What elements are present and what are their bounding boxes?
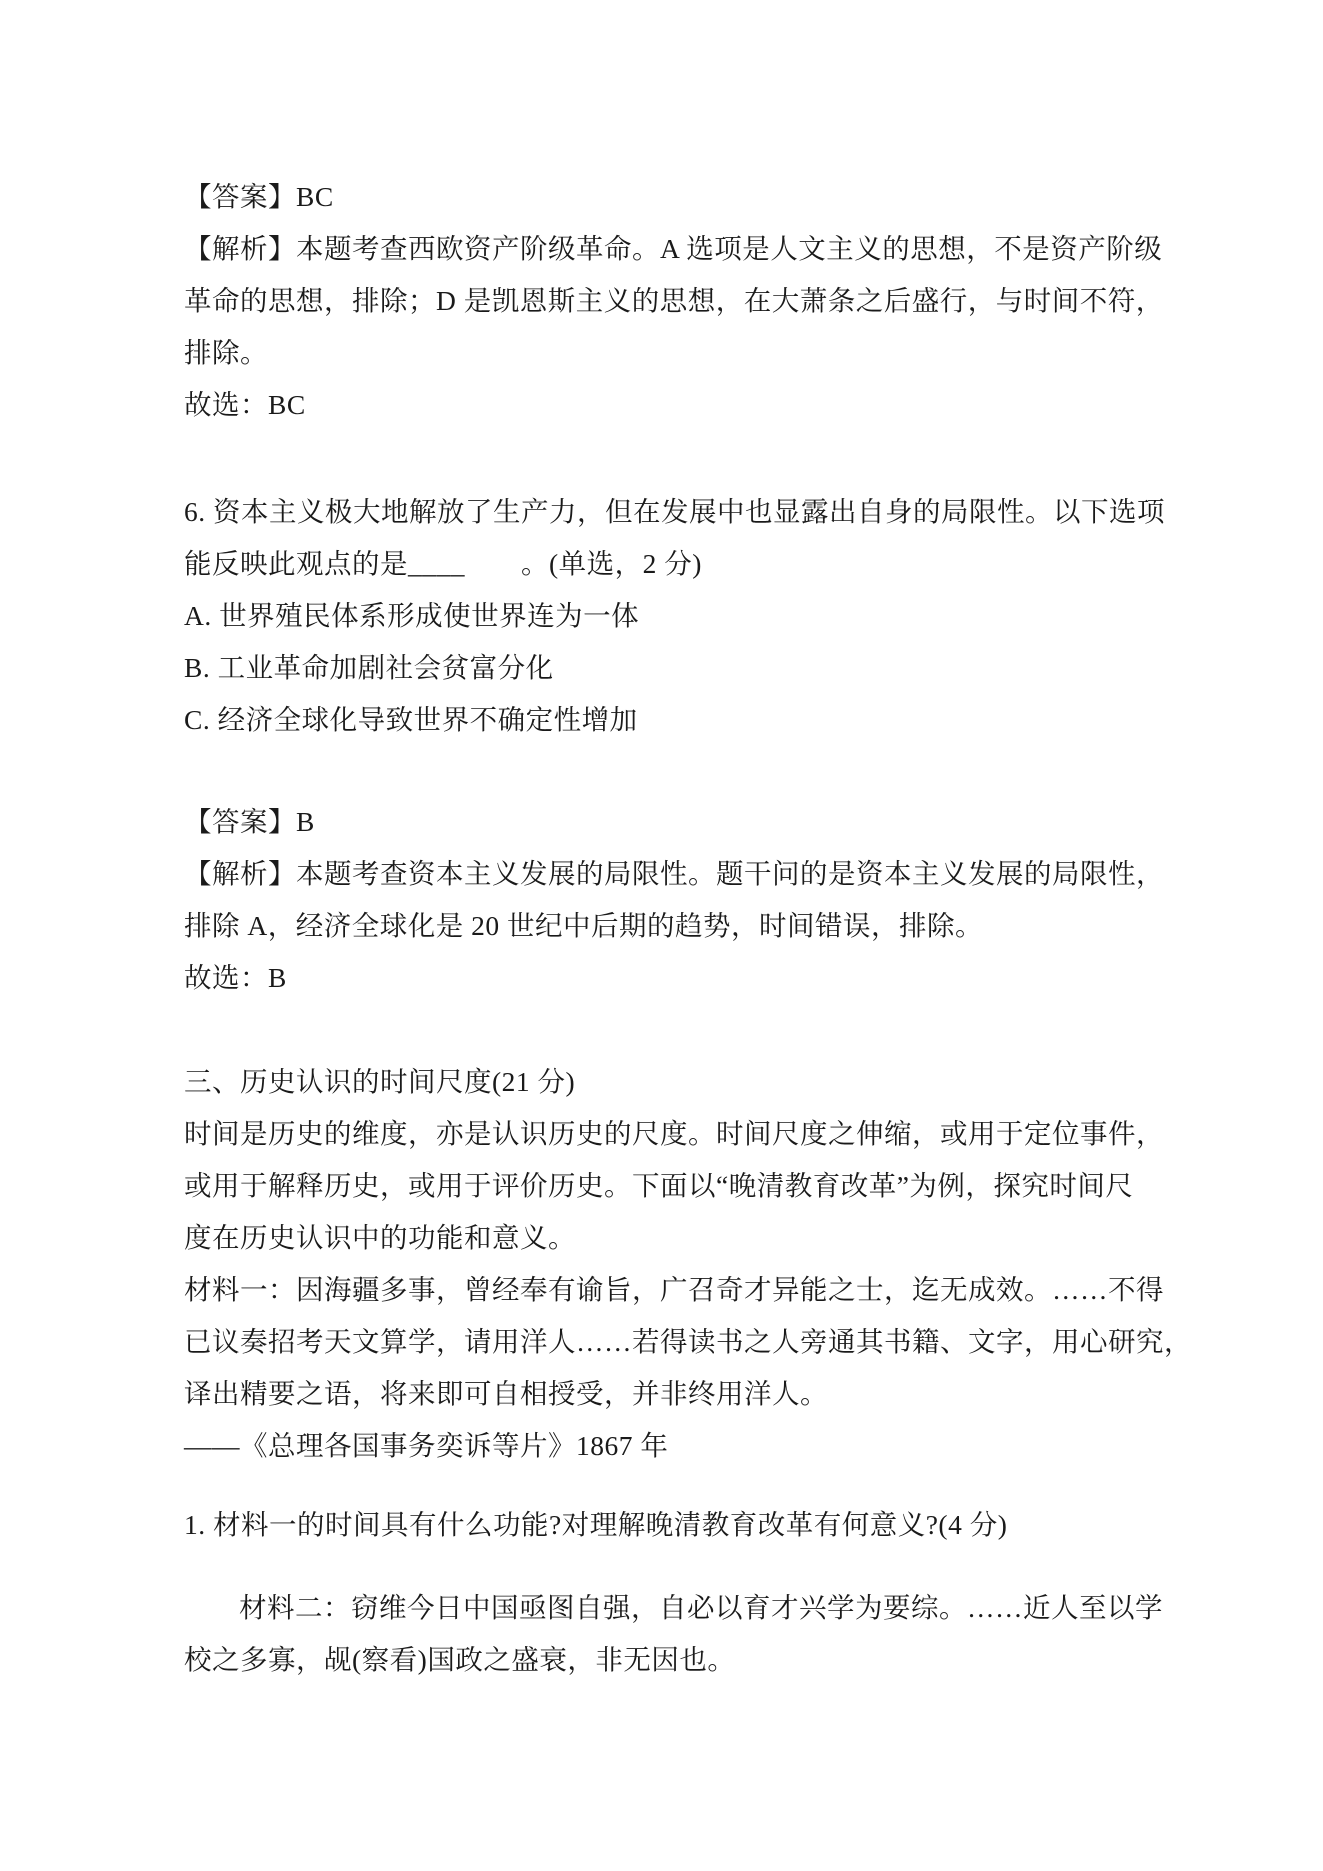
material1-line-1: 材料一：因海疆多事，曾经奉有谕旨，广召奇才异能之士，迄无成效。……不得 (184, 1264, 1159, 1316)
section3-question1: 1. 材料一的时间具有什么功能?对理解晚清教育改革有何意义?(4 分) (184, 1499, 1159, 1551)
q5-conclusion-line: 故选：BC (184, 379, 1159, 431)
document-text-content: 【答案】BC 【解析】本题考查西欧资产阶级革命。A 选项是人文主义的思想，不是资… (184, 171, 1159, 1686)
material1-line-3: 译出精要之语，将来即可自相授受，并非终用洋人。 (184, 1368, 1159, 1420)
q6-analysis-line-1: 【解析】本题考查资本主义发展的局限性。题干问的是资本主义发展的局限性， (184, 848, 1159, 900)
exam-document-page: 【答案】BC 【解析】本题考查西欧资产阶级革命。A 选项是人文主义的思想，不是资… (0, 0, 1323, 1871)
q6-option-a: A. 世界殖民体系形成使世界连为一体 (184, 590, 1159, 642)
q6-option-b: B. 工业革命加剧社会贫富分化 (184, 642, 1159, 694)
q5-answer-line: 【答案】BC (184, 171, 1159, 223)
q6-answer-line: 【答案】B (184, 796, 1159, 848)
q5-analysis-line-2: 革命的思想，排除；D 是凯恩斯主义的思想，在大萧条之后盛行，与时间不符， (184, 275, 1159, 327)
material1-line-2: 已议奏招考天文算学，请用洋人……若得读书之人旁通其书籍、文字，用心研究， (184, 1316, 1159, 1368)
section3-intro-line-2: 或用于解释历史，或用于评价历史。下面以“晚清教育改革”为例，探究时间尺 (184, 1160, 1159, 1212)
material2-line-2: 校之多寡，觇(察看)国政之盛衰，非无因也。 (184, 1634, 1159, 1686)
q6-stem-line-2: 能反映此观点的是____ 。(单选，2 分) (184, 538, 1159, 590)
q5-analysis-line-1: 【解析】本题考查西欧资产阶级革命。A 选项是人文主义的思想，不是资产阶级 (184, 223, 1159, 275)
q6-stem-line-1: 6. 资本主义极大地解放了生产力，但在发展中也显露出自身的局限性。以下选项 (184, 486, 1159, 538)
section3-intro-line-3: 度在历史认识中的功能和意义。 (184, 1212, 1159, 1264)
section3-heading: 三、历史认识的时间尺度(21 分) (184, 1056, 1159, 1108)
material2-line-1: 材料二：窃维今日中国亟图自强，自必以育才兴学为要综。……近人至以学 (184, 1582, 1159, 1634)
section3-intro-line-1: 时间是历史的维度，亦是认识历史的尺度。时间尺度之伸缩，或用于定位事件， (184, 1108, 1159, 1160)
q6-analysis-line-2: 排除 A，经济全球化是 20 世纪中后期的趋势，时间错误，排除。 (184, 900, 1159, 952)
q6-option-c: C. 经济全球化导致世界不确定性增加 (184, 694, 1159, 746)
q6-conclusion-line: 故选：B (184, 952, 1159, 1004)
material1-source: ——《总理各国事务奕诉等片》1867 年 (184, 1420, 1159, 1472)
q5-analysis-line-3: 排除。 (184, 327, 1159, 379)
